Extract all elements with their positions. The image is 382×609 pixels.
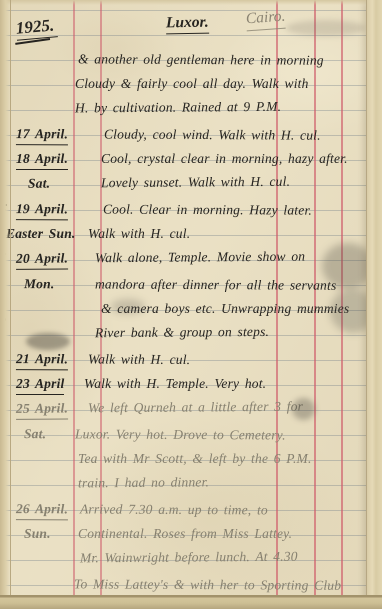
diary-row: 23 April Walk with H. Temple. Very hot. [0,371,372,396]
entry-date-label: Mon. [24,271,55,296]
entry-date-label: 21 April. [16,348,68,370]
diary-row: 17 April. Cloudy, cool wind. Walk with H… [0,121,372,148]
entry-text: train. I had no dinner. [78,469,209,495]
entry-text: Cloudy & fairly cool all day. Walk with [75,71,309,96]
entry-text: Mr. Wainwright before lunch. At 4.30 [80,544,298,571]
entry-text: Walk alone, Temple. Movie show on [95,244,305,271]
entry-date-label: 19 April. [16,198,68,220]
diary-row: Mon. mandora after dinner for all the se… [0,271,372,298]
entries-layer: & another old gentleman here in morning … [0,0,382,609]
entry-text: Arrived 7.30 a.m. up to time, to [80,496,268,522]
diary-row: Sat. Lovely sunset. Walk with H. cul. [0,168,372,196]
entry-text: Luxor. Very hot. Drove to Cemetery. [75,421,286,447]
diary-row: Cloudy & fairly cool all day. Walk with [0,71,372,96]
entry-date-label: 20 April. [16,247,68,269]
entry-text: Cloudy, cool wind. Walk with H. cul. [104,122,321,148]
entry-date-label: Sat. [24,421,46,446]
diary-row: River bank & group on steps. [0,318,372,346]
diary-page: 1925. Luxor. Cairo. & another old gentle… [0,0,382,609]
diary-row: 19 April. Cool. Clear in morning. Hazy l… [0,196,372,223]
diary-row: 25 April. We left Qurneh at a little aft… [0,393,372,421]
entry-date-label: 25 April. [16,397,68,419]
entry-text: Cool, crystal clear in morning, hazy aft… [101,146,348,171]
diary-row: train. I had no dinner. [0,468,372,496]
diary-row: To Miss Lattey's & with her to Sporting … [0,571,372,598]
diary-row: 20 April. Walk alone, Temple. Movie show… [0,243,372,271]
entry-text: mandora after dinner for all the servant… [95,271,337,297]
entry-text: & camera boys etc. Unwrapping mummies [101,296,349,321]
entry-text: & another old gentleman here in morning [78,46,324,72]
entry-date-label: 23 April [16,373,64,395]
diary-row: 21 April. Walk with H. cul. [0,346,372,373]
diary-row: Mr. Wainwright before lunch. At 4.30 [0,543,372,571]
diary-row: Easter Sun. Walk with H. cul. [0,221,372,246]
diary-row: 18 April. Cool, crystal clear in morning… [0,146,372,171]
entry-date-label: 17 April. [16,123,68,145]
entry-date-label: Easter Sun. [6,221,75,246]
entry-text: Walk with H. cul. [88,221,190,246]
diary-row: Tea with Mr Scott, & left by the 6 P.M. [0,446,372,471]
entry-text: River bank & group on steps. [95,319,269,345]
diary-row: Sun. Continental. Roses from Miss Lattey… [0,521,372,546]
entry-date-label: Sun. [24,521,51,546]
entry-text: Tea with Mr Scott, & left by the 6 P.M. [78,446,312,471]
entry-text: To Miss Lattey's & with her to Sporting … [74,571,341,597]
entry-text: Walk with H. cul. [88,346,190,372]
entry-text: H. by cultivation. Rained at 9 P.M. [75,94,281,121]
diary-row: Sat. Luxor. Very hot. Drove to Cemetery. [0,421,372,448]
diary-row: 26 April. Arrived 7.30 a.m. up to time, … [0,496,372,523]
entry-text: Lovely sunset. Walk with H. cul. [101,169,290,195]
entry-date-label: Sat. [28,171,50,196]
entry-text: Continental. Roses from Miss Lattey. [78,521,292,546]
diary-row: & another old gentleman here in morning [0,46,372,73]
entry-date-label: 18 April. [16,148,68,170]
entry-text: Walk with H. Temple. Very hot. [84,371,266,396]
entry-text: We left Qurneh at a little after 3 for [88,394,303,421]
diary-row: H. by cultivation. Rained at 9 P.M. [0,93,372,121]
diary-row: & camera boys etc. Unwrapping mummies [0,296,372,321]
entry-date-label: 26 April. [16,498,68,520]
entry-text: Cool. Clear in morning. Hazy later. [103,197,312,223]
